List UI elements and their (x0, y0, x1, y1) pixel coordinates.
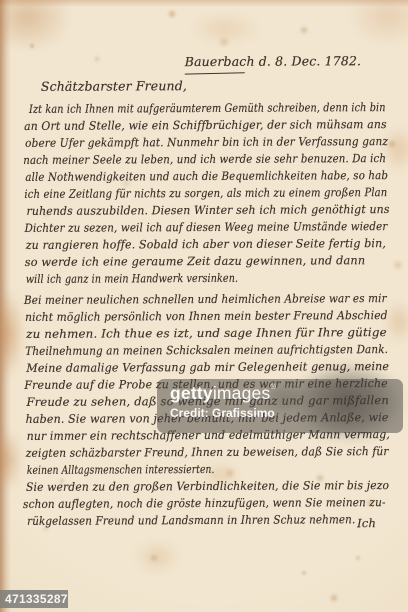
letter-line: ruhends auszubilden. Diesen Winter seh i… (26, 202, 389, 218)
letter-line: an Ort und Stelle, wie ein Schiffbrüchig… (24, 117, 387, 133)
watermark-credit: Credit: Grafissimo (170, 406, 275, 420)
letter-line: keinen Alltagsmenschen interessierten. (27, 462, 215, 477)
letter-line: Izt kan ich Ihnen mit aufgeräumterem Gem… (29, 100, 386, 116)
letter-line: alle Nothwendigkeiten und auch die Beque… (25, 168, 388, 184)
asset-id-text: 471335287 (5, 592, 68, 606)
letter-line: Dichter zu sezen, weil ich auf diesen We… (25, 219, 388, 235)
letter-line: nach meiner Seele zu leben, und ich werd… (23, 151, 386, 167)
dateline-underline (185, 72, 245, 75)
letter-salutation: Schätzbarster Freund, (41, 78, 187, 94)
getty-watermark: gettyimages® Credit: Grafissimo (157, 379, 403, 433)
letter-line: rükgelassen Freund und Landsmann in Ihre… (27, 512, 355, 528)
letter-dateline: Bauerbach d. 8. Dec. 1782. (185, 53, 362, 69)
asset-id-badge: 471335287 (0, 590, 68, 608)
letter-body: Bauerbach d. 8. Dec. 1782. Schätzbarster… (0, 0, 408, 612)
letter-line: nicht möglich persönlich von Ihnen mein … (25, 308, 388, 324)
letter-line: Bei meiner neulichen schnellen und heiml… (24, 291, 387, 307)
letter-line: zu rangieren hoffe. Sobald ich aber von … (26, 236, 386, 252)
getty-logo: gettyimages® (170, 383, 276, 404)
getty-logo-regular: images (213, 383, 271, 403)
letter-line: Theilnehmung an meinen Schicksalen meine… (25, 342, 388, 358)
letter-line: zeigten schäzbarster Freund, Ihnen zu be… (26, 444, 389, 460)
getty-logo-bold: getty (170, 383, 213, 403)
letter-line: Sie werden zu den großen Verbindlichkeit… (26, 478, 389, 494)
letter-line: will ich ganz in mein Handwerk versinken… (26, 271, 238, 286)
letter-line: zu nehmen. Ich thue es izt, und sage Ihn… (26, 325, 387, 341)
letter-line: ich eine Zeitlang für nichts zu sorgen, … (24, 185, 387, 201)
letter-catchword: Ich (357, 516, 376, 530)
letter-line: so werde ich eine geraume Zeit dazu gewi… (25, 253, 366, 269)
registered-trademark-icon: ® (270, 384, 275, 391)
letter-photograph: Bauerbach d. 8. Dec. 1782. Schätzbarster… (0, 0, 408, 612)
letter-line: obere Ufer gekämpft hat. Nunmehr bin ich… (25, 134, 388, 150)
letter-line: schon auflegten, noch die gröste hinzufü… (23, 495, 386, 511)
